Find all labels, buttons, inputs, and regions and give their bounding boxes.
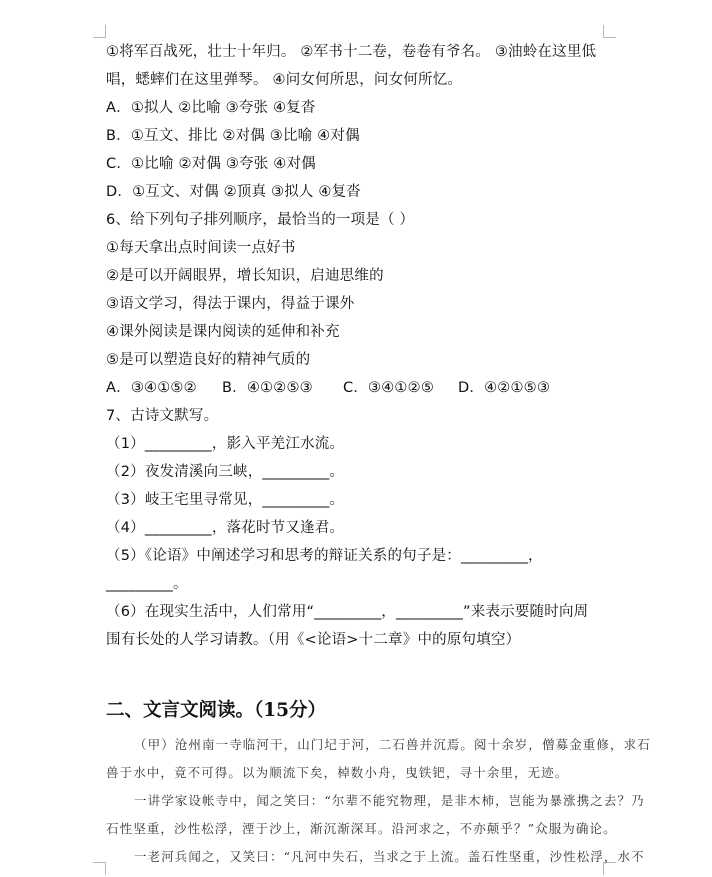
question-6-sentence-5: ⑤是可以塑造良好的精神气质的 [106,350,310,370]
question-7-item-2: （2）夜发清溪向三峡，_________。 [106,462,344,482]
page-corner-mark-top-right [603,25,616,38]
question-6-option-b: B．④①②⑤③ [222,378,343,398]
page-corner-mark-top-left [93,25,106,38]
option-text: ①互文、排比 ②对偶 ③比喻 ④对偶 [131,128,360,144]
classical-text-paragraph-1-line-1: （甲）沧州南一寺临河干，山门圮于河，二石兽并沉焉。阅十余岁，僧募金重修，求石 [134,736,651,754]
question-6-options: A．③④①⑤②B．④①②⑤③C．③④①②⑤D．④②①⑤③ [106,378,550,398]
question-7-stem: 7、古诗文默写。 [106,406,218,426]
classical-text-paragraph-2-line-1: 一讲学家设帐寺中，闻之笑曰：“尔辈不能究物理，是非木柿，岂能为暴涨携之去？乃 [134,792,645,810]
question-5-option-a: A．①拟人 ②比喻 ③夸张 ④复沓 [106,98,316,118]
question-7-item-6: （6）在现实生活中，人们常用“_________，_________”来表示要随… [106,602,588,622]
question-7-item-5-continued: _________。 [106,574,188,594]
question-7-item-5: （5）《论语》中阐述学习和思考的辩证关系的句子是：_________， [106,546,543,566]
question-6-option-a: A．③④①⑤② [106,378,222,398]
question-5-option-c: C．①比喻 ②对偶 ③夸张 ④对偶 [106,154,316,174]
option-label: D． [106,184,132,200]
question-6-option-c: C．③④①②⑤ [343,378,458,398]
question-7-item-1: （1）_________，影入平羌江水流。 [106,434,344,454]
question-6-option-d: D．④②①⑤③ [458,378,550,398]
classical-text-paragraph-2-line-2: 石性坚重，沙性松浮，湮于沙上，渐沉渐深耳。沿河求之，不亦颠乎？”众服为确论。 [106,820,617,838]
option-text: ①拟人 ②比喻 ③夸张 ④复沓 [131,100,316,116]
option-label: C． [106,156,131,172]
classical-text-paragraph-3-line-1: 一老河兵闻之，又笑曰：“凡河中失石，当求之于上流。盖石性坚重，沙性松浮，水不 [134,848,645,866]
question-6-sentence-1: ①每天拿出点时间读一点好书 [106,238,296,258]
question-5-stem-line-2: 唱，蟋蟀们在这里弹琴。 ④问女何所思，问女何所忆。 [106,70,462,90]
question-7-item-3: （3）岐王宅里寻常见，_________。 [106,490,344,510]
question-6-sentence-4: ④课外阅读是课内阅读的延伸和补充 [106,322,340,342]
page-corner-mark-bottom-left [93,862,106,875]
question-6-sentence-3: ③语文学习，得法于课内，得益于课外 [106,294,354,314]
question-6-stem: 6、给下列句子排列顺序，最恰当的一项是（ ） [106,210,414,230]
question-7-item-4: （4）_________，落花时节又逢君。 [106,518,344,538]
question-6-sentence-2: ②是可以开阔眼界，增长知识，启迪思维的 [106,266,384,286]
classical-text-paragraph-1-line-2: 兽于水中，竟不可得。以为顺流下矣，棹数小舟，曳铁钯，寻十余里，无迹。 [106,764,568,782]
question-7-item-6-continued: 围有长处的人学习请教。（用《<论语>十二章》中的原句填空） [106,630,520,650]
option-label: A． [106,100,131,116]
option-text: ①互文、对偶 ②顶真 ③拟人 ④复沓 [132,184,361,200]
option-text: ①比喻 ②对偶 ③夸张 ④对偶 [131,156,316,172]
option-label: B． [106,128,131,144]
question-5-stem-line-1: ①将军百战死，壮士十年归。 ②军书十二卷，卷卷有爷名。 ③油蛉在这里低 [106,42,596,62]
section-2-heading: 二、文言文阅读。（15分） [106,699,326,723]
question-5-option-d: D．①互文、对偶 ②顶真 ③拟人 ④复沓 [106,182,361,202]
question-5-option-b: B．①互文、排比 ②对偶 ③比喻 ④对偶 [106,126,360,146]
